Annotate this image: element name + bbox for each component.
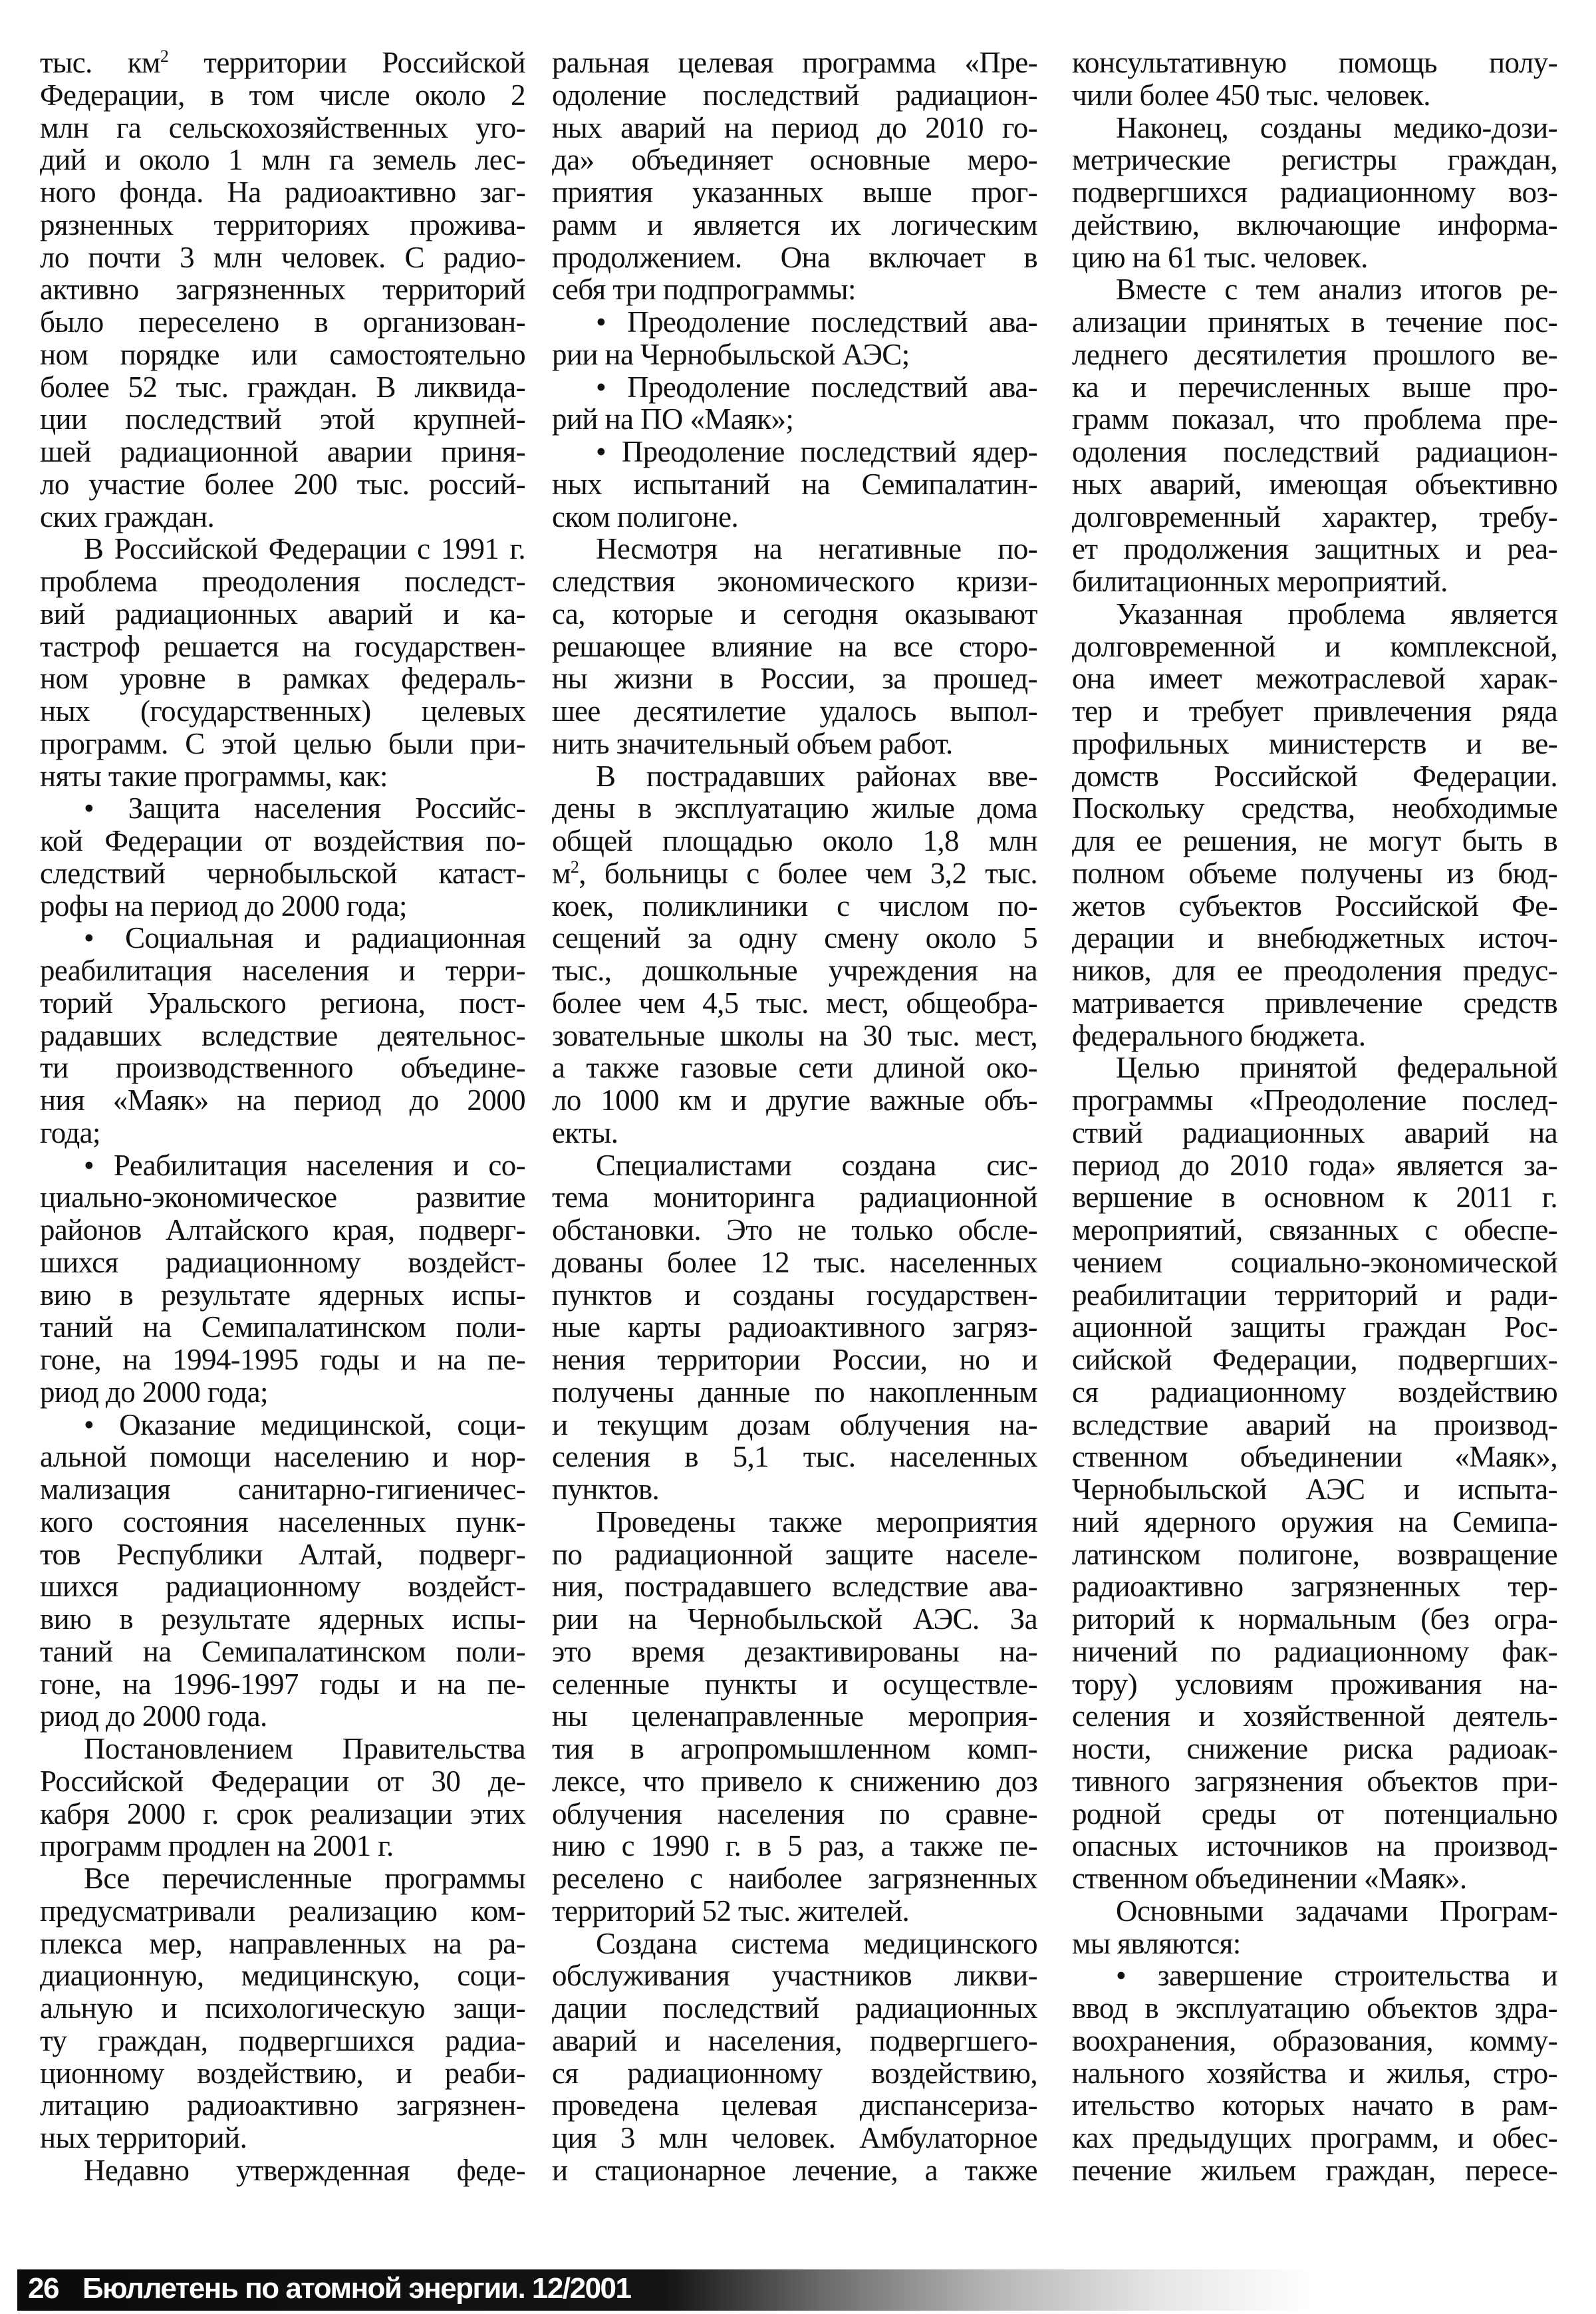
- text-line: для ее решения, не могут быть в: [1072, 825, 1557, 857]
- text-line: Указанная проблема является: [1072, 598, 1557, 631]
- text-line: тер и требует привлечения ряда: [1072, 695, 1557, 728]
- text-line: дий и около 1 млн га земель лес-: [40, 144, 525, 176]
- text-line: дены в эксплуатацию жилые дома: [552, 792, 1037, 825]
- text-line: ния «Маяк» на период до 2000: [40, 1084, 525, 1117]
- text-line: приятия указанных выше прог-: [552, 176, 1037, 209]
- text-line: нального хозяйства и жилья, стро-: [1072, 2057, 1557, 2090]
- text-line: шей радиационной аварии приня-: [40, 436, 525, 468]
- text-line: вию в результате ядерных испы-: [40, 1279, 525, 1312]
- text-line: продолжением. Она включает в: [552, 241, 1037, 274]
- text-line: пунктов.: [552, 1473, 1037, 1506]
- text-line: ного фонда. На радиоактивно заг-: [40, 176, 525, 209]
- text-line: ло участие более 200 тыс. россий-: [40, 468, 525, 501]
- text-line: селения в 5,1 тыс. населенных: [552, 1441, 1037, 1473]
- text-line: жетов субъектов Российской Фе-: [1072, 890, 1557, 923]
- text-line: рии на Чернобыльской АЭС. За: [552, 1603, 1037, 1636]
- text-line: предусматривали реализацию ком-: [40, 1895, 525, 1928]
- text-line: ка и перечисленных выше про-: [1072, 371, 1557, 404]
- text-line: дерации и внебюджетных источ-: [1072, 922, 1557, 954]
- text-line: сещений за одну смену около 5: [552, 922, 1037, 954]
- text-line: решающее влияние на все сторо-: [552, 631, 1037, 663]
- text-line: ительство которых начато в рам-: [1072, 2089, 1557, 2122]
- text-line: ционному воздействию, и реаби-: [40, 2057, 525, 2090]
- text-line: ввод в эксплуатацию объектов здра-: [1072, 1992, 1557, 2025]
- footer-text: 26Бюллетень по атомной энергии. 12/2001: [28, 2272, 630, 2305]
- text-line: тов Республики Алтай, подверг-: [40, 1538, 525, 1571]
- text-line: одоления последствий радиацион-: [1072, 436, 1557, 468]
- text-line: ничений по радиационному фак-: [1072, 1636, 1557, 1668]
- text-line: риод до 2000 года.: [40, 1700, 525, 1733]
- text-line: Постановлением Правительства: [40, 1733, 525, 1765]
- text-line: территорий 52 тыс. жителей.: [552, 1895, 1037, 1928]
- text-line: консультативную помощь полу-: [1072, 47, 1557, 79]
- text-line: матривается привлечение средств: [1072, 987, 1557, 1020]
- text-line: ти производственного объедине-: [40, 1052, 525, 1084]
- text-line: проблема преодоления последст-: [40, 565, 525, 598]
- text-line: метрические регистры граждан,: [1072, 144, 1557, 176]
- text-line: Поскольку средства, необходимые: [1072, 792, 1557, 825]
- text-line: Проведены также мероприятия: [552, 1506, 1037, 1538]
- text-line: леднего десятилетия прошлого ве-: [1072, 339, 1557, 371]
- text-line: ные карты радиоактивного загряз-: [552, 1311, 1037, 1344]
- text-line: • Социальная и радиационная: [40, 922, 525, 954]
- text-line: циально-экономическое развитие: [40, 1181, 525, 1214]
- text-line: лексе, что привело к снижению доз: [552, 1765, 1037, 1798]
- text-line: В пострадавших районах вве-: [552, 760, 1037, 793]
- text-line: са, которые и сегодня оказывают: [552, 598, 1037, 631]
- text-line: ном порядке или самостоятельно: [40, 339, 525, 371]
- text-line: ном уровне в рамках федераль-: [40, 662, 525, 695]
- text-line: Специалистами создана сис-: [552, 1149, 1037, 1182]
- text-line: себя три подпрограммы:: [552, 273, 1037, 306]
- text-line: Несмотря на негативные по-: [552, 533, 1037, 565]
- text-line: ных территорий.: [40, 2122, 525, 2154]
- text-column-1: тыс. км2 территории РоссийскойФедерации,…: [40, 47, 525, 2187]
- text-line: ных аварий, имеющая объективно: [1072, 468, 1557, 501]
- text-line: Наконец, созданы медико-дози-: [1072, 112, 1557, 144]
- journal-title: Бюллетень по атомной энергии. 12/2001: [82, 2272, 631, 2305]
- text-line: одоление последствий радиацион-: [552, 79, 1037, 112]
- text-line: селения и хозяйственной деятель-: [1072, 1700, 1557, 1733]
- text-line: ников, для ее преодоления предус-: [1072, 954, 1557, 987]
- text-line: Российской Федерации от 30 де-: [40, 1765, 525, 1798]
- text-line: Вместе с тем анализ итогов ре-: [1072, 273, 1557, 306]
- text-line: мы являются:: [1072, 1928, 1557, 1960]
- text-line: воохранения, образования, комму-: [1072, 2025, 1557, 2057]
- text-line: вершение в основном к 2011 г.: [1072, 1181, 1557, 1214]
- text-line: ности, снижение риска радиоак-: [1072, 1733, 1557, 1765]
- text-line: обслуживания участников ликви-: [552, 1959, 1037, 1992]
- text-line: • Оказание медицинской, соци-: [40, 1409, 525, 1441]
- text-line: ных (государственных) целевых: [40, 695, 525, 728]
- text-line: чили более 450 тыс. человек.: [1072, 79, 1557, 112]
- text-line: радавших вследствие деятельнос-: [40, 1020, 525, 1052]
- text-line: коек, поликлиники с числом по-: [552, 890, 1037, 923]
- text-line: активно загрязненных территорий: [40, 273, 525, 306]
- text-line: ся радиационному воздействию,: [552, 2057, 1037, 2090]
- text-line: м2, больницы с более чем 3,2 тыс.: [552, 857, 1037, 890]
- text-line: ственном объединении «Маяк»,: [1072, 1441, 1557, 1473]
- text-line: а также газовые сети длиной око-: [552, 1052, 1037, 1084]
- text-line: и стационарное лечение, а также: [552, 2154, 1037, 2187]
- text-line: ализации принятых в течение пос-: [1072, 306, 1557, 339]
- text-line: ны жизни в России, за прошед-: [552, 662, 1037, 695]
- text-line: нения территории России, но и: [552, 1344, 1037, 1376]
- text-line: мероприятий, связанных с обеспе-: [1072, 1214, 1557, 1246]
- text-line: таний на Семипалатинском поли-: [40, 1311, 525, 1344]
- text-line: тору) условиям проживания на-: [1072, 1668, 1557, 1701]
- text-line: тыс., дошкольные учреждения на: [552, 954, 1037, 987]
- text-line: торий Уральского региона, пост-: [40, 987, 525, 1020]
- text-line: млн га сельскохозяйственных уго-: [40, 112, 525, 144]
- text-line: Недавно утвержденная феде-: [40, 2154, 525, 2187]
- text-line: аварий и населения, подвергшего-: [552, 2025, 1037, 2057]
- text-line: Создана система медицинского: [552, 1928, 1037, 1960]
- text-line: ция 3 млн человек. Амбулаторное: [552, 2122, 1037, 2154]
- text-line: грамм показал, что проблема пре-: [1072, 403, 1557, 436]
- text-line: • Защита населения Российс-: [40, 792, 525, 825]
- text-line: сийской Федерации, подвергших-: [1072, 1344, 1557, 1376]
- text-line: Все перечисленные программы: [40, 1862, 525, 1895]
- text-line: Целью принятой федеральной: [1072, 1052, 1557, 1084]
- text-line: более чем 4,5 тыс. мест, общеобра-: [552, 987, 1037, 1020]
- text-line: латинском полигоне, возвращение: [1072, 1538, 1557, 1571]
- text-line: вию в результате ядерных испы-: [40, 1603, 525, 1636]
- text-line: тастроф решается на государствен-: [40, 631, 525, 663]
- text-line: • Преодоление последствий ядер-: [552, 436, 1037, 468]
- text-line: ло 1000 км и другие важные объ-: [552, 1084, 1037, 1117]
- text-line: Федерации, в том числе около 2: [40, 79, 525, 112]
- text-line: ту граждан, подвергшихся радиа-: [40, 2025, 525, 2057]
- text-line: и текущим дозам облучения на-: [552, 1409, 1037, 1441]
- text-line: тема мониторинга радиационной: [552, 1181, 1037, 1214]
- text-line: общей площадью около 1,8 млн: [552, 825, 1037, 857]
- text-line: ных испытаний на Семипалатин-: [552, 468, 1037, 501]
- text-line: билитационных мероприятий.: [1072, 565, 1557, 598]
- text-line: реабилитация населения и терри-: [40, 954, 525, 987]
- text-line: ственном объединении «Маяк».: [1072, 1862, 1557, 1895]
- text-line: альной помощи населению и нор-: [40, 1441, 525, 1473]
- text-line: • завершение строительства и: [1072, 1959, 1557, 1992]
- text-line: ся радиационному воздействию: [1072, 1376, 1557, 1409]
- text-line: это время дезактивированы на-: [552, 1636, 1037, 1668]
- text-line: • Преодоление последствий ава-: [552, 306, 1037, 339]
- text-line: ны целенаправленные мероприя-: [552, 1700, 1037, 1733]
- text-line: риод до 2000 года;: [40, 1376, 525, 1409]
- text-line: радиоактивно загрязненных тер-: [1072, 1570, 1557, 1603]
- text-line: программ продлен на 2001 г.: [40, 1830, 525, 1862]
- text-line: период до 2010 года» является за-: [1072, 1149, 1557, 1182]
- text-line: шее десятилетие удалось выпол-: [552, 695, 1037, 728]
- text-line: ний ядерного оружия на Семипа-: [1072, 1506, 1557, 1538]
- text-line: вий радиационных аварий и ка-: [40, 598, 525, 631]
- text-line: ках предыдущих программ, и обес-: [1072, 2122, 1557, 2154]
- text-line: чением социально-экономической: [1072, 1246, 1557, 1279]
- text-line: действию, включающие информа-: [1072, 209, 1557, 241]
- text-line: долговременной и комплексной,: [1072, 631, 1557, 663]
- text-line: гоне, на 1996-1997 годы и на пе-: [40, 1668, 525, 1701]
- text-line: пунктов и созданы государствен-: [552, 1279, 1037, 1312]
- text-line: ло почти 3 млн человек. С радио-: [40, 241, 525, 274]
- text-line: альную и психологическую защи-: [40, 1992, 525, 2025]
- text-line: она имеет межотраслевой харак-: [1072, 662, 1557, 695]
- text-line: нию с 1990 г. в 5 раз, а также пе-: [552, 1830, 1037, 1862]
- text-line: ных аварий на период до 2010 го-: [552, 112, 1037, 144]
- text-line: екты.: [552, 1117, 1037, 1149]
- text-line: ции последствий этой крупней-: [40, 403, 525, 436]
- text-line: таний на Семипалатинском поли-: [40, 1636, 525, 1668]
- text-line: шихся радиационному воздейст-: [40, 1246, 525, 1279]
- text-line: кой Федерации от воздействия по-: [40, 825, 525, 857]
- text-line: В Российской Федерации с 1991 г.: [40, 533, 525, 565]
- text-line: получены данные по накопленным: [552, 1376, 1037, 1409]
- text-line: домств Российской Федерации.: [1072, 760, 1557, 793]
- text-line: литацию радиоактивно загрязнен-: [40, 2089, 525, 2122]
- text-line: рофы на период до 2000 года;: [40, 890, 525, 923]
- text-line: дации последствий радиационных: [552, 1992, 1037, 2025]
- text-line: да» объединяет основные меро-: [552, 144, 1037, 176]
- text-line: диационную, медицинскую, соци-: [40, 1959, 525, 1992]
- text-line: мализация санитарно-гигиеничес-: [40, 1473, 525, 1506]
- text-line: программы «Преодоление послед-: [1072, 1084, 1557, 1117]
- text-line: тыс. км2 территории Российской: [40, 47, 525, 79]
- text-line: • Преодоление последствий ава-: [552, 371, 1037, 404]
- text-line: ния, пострадавшего вследствие ава-: [552, 1570, 1037, 1603]
- text-line: реабилитации территорий и ради-: [1072, 1279, 1557, 1312]
- text-line: ских граждан.: [40, 501, 525, 533]
- text-line: следствия экономического кризи-: [552, 565, 1037, 598]
- text-line: ет продолжения защитных и реа-: [1072, 533, 1557, 565]
- text-line: ационной защиты граждан Рос-: [1072, 1311, 1557, 1344]
- text-line: плекса мер, направленных на ра-: [40, 1928, 525, 1960]
- text-line: ствий радиационных аварий на: [1072, 1117, 1557, 1149]
- text-line: Чернобыльской АЭС и испыта-: [1072, 1473, 1557, 1506]
- text-line: рии на Чернобыльской АЭС;: [552, 339, 1037, 371]
- text-line: родной среды от потенциально: [1072, 1798, 1557, 1830]
- text-line: реселено с наиболее загрязненных: [552, 1862, 1037, 1895]
- text-line: полном объеме получены из бюд-: [1072, 857, 1557, 890]
- text-line: дованы более 12 тыс. населенных: [552, 1246, 1037, 1279]
- text-line: няты такие программы, как:: [40, 760, 525, 793]
- text-line: долговременный характер, требу-: [1072, 501, 1557, 533]
- text-line: облучения населения по сравне-: [552, 1798, 1037, 1830]
- text-line: шихся радиационному воздейст-: [40, 1570, 525, 1603]
- text-line: рий на ПО «Маяк»;: [552, 403, 1037, 436]
- text-line: проведена целевая диспансериза-: [552, 2089, 1037, 2122]
- page-footer-bar: 26Бюллетень по атомной энергии. 12/2001: [17, 2269, 1314, 2311]
- text-line: селенные пункты и осуществле-: [552, 1668, 1037, 1701]
- page-number: 26: [28, 2272, 59, 2305]
- text-line: районов Алтайского края, подверг-: [40, 1214, 525, 1246]
- text-line: кого состояния населенных пунк-: [40, 1506, 525, 1538]
- text-line: цию на 61 тыс. человек.: [1072, 241, 1557, 274]
- text-line: рязненных территориях прожива-: [40, 209, 525, 241]
- text-column-2: ральная целевая программа «Пре-одоление …: [552, 47, 1037, 2187]
- text-line: ральная целевая программа «Пре-: [552, 47, 1037, 79]
- text-line: Основными задачами Програм-: [1072, 1895, 1557, 1928]
- text-line: ском полигоне.: [552, 501, 1037, 533]
- text-line: опасных источников на производ-: [1072, 1830, 1557, 1862]
- text-line: • Реабилитация населения и со-: [40, 1149, 525, 1182]
- text-column-3: консультативную помощь полу-чили более 4…: [1072, 47, 1557, 2187]
- text-line: зовательные школы на 30 тыс. мест,: [552, 1020, 1037, 1052]
- text-line: следствий чернобыльской катаст-: [40, 857, 525, 890]
- text-line: риторий к нормальным (без огра-: [1072, 1603, 1557, 1636]
- text-line: тия в агропромышленном комп-: [552, 1733, 1037, 1765]
- text-line: профильных министерств и ве-: [1072, 728, 1557, 760]
- text-line: нить значительный объем работ.: [552, 728, 1037, 760]
- text-line: по радиационной защите населе-: [552, 1538, 1037, 1571]
- text-line: было переселено в организован-: [40, 306, 525, 339]
- text-line: печение жильем граждан, пересе-: [1072, 2154, 1557, 2187]
- text-line: обстановки. Это не только обсле-: [552, 1214, 1037, 1246]
- text-line: более 52 тыс. граждан. В ликвида-: [40, 371, 525, 404]
- text-line: подвергшихся радиационному воз-: [1072, 176, 1557, 209]
- text-line: кабря 2000 г. срок реализации этих: [40, 1798, 525, 1830]
- text-line: федерального бюджета.: [1072, 1020, 1557, 1052]
- text-line: гоне, на 1994-1995 годы и на пе-: [40, 1344, 525, 1376]
- text-line: года;: [40, 1117, 525, 1149]
- text-line: вследствие аварий на производ-: [1072, 1409, 1557, 1441]
- text-line: тивного загрязнения объектов при-: [1072, 1765, 1557, 1798]
- text-line: рамм и является их логическим: [552, 209, 1037, 241]
- text-line: программ. С этой целью были при-: [40, 728, 525, 760]
